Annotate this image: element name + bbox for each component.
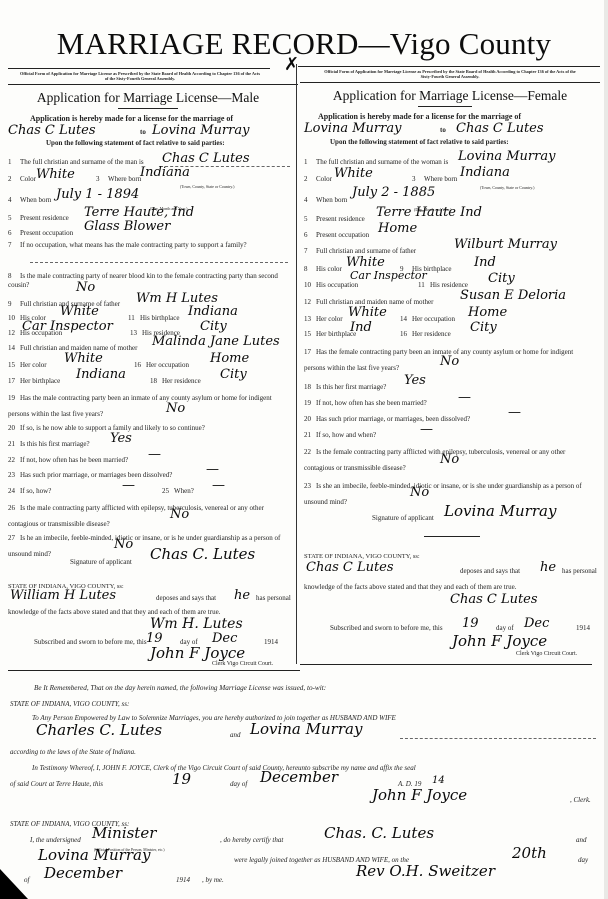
- female-section-heading: Application for Marriage License—Female: [300, 88, 600, 104]
- female-signature-label: Signature of applicant: [372, 514, 434, 523]
- male-affidavit-deponent: William H Lutes: [10, 589, 116, 603]
- male-field-value: July 1 - 1894: [56, 188, 139, 202]
- certificate-day: 20th: [512, 846, 547, 860]
- certificate-groom: Chas. C. Lutes: [324, 826, 434, 840]
- divider: [424, 536, 480, 537]
- female-field-value: No: [440, 355, 459, 369]
- scan-corner-shadow: [0, 869, 28, 899]
- marriage-record-page: MARRIAGE RECORD—Vigo County Official For…: [0, 0, 608, 899]
- male-signature-label: Signature of applicant: [70, 558, 132, 567]
- license-testimony: In Testimony Whereof, I, JOHN F. JOYCE, …: [32, 764, 416, 773]
- male-field-value: Yes: [110, 432, 132, 446]
- male-field-value: City: [200, 320, 227, 334]
- female-field-value: Yes: [404, 374, 426, 388]
- document-title: MARRIAGE RECORD—Vigo County: [0, 26, 608, 62]
- female-field-value: City: [470, 321, 497, 335]
- female-field-value: Terre Haute Ind: [376, 206, 482, 220]
- divider: [8, 670, 300, 671]
- female-field-value: Indiana: [460, 166, 510, 180]
- female-field-value: White: [348, 306, 387, 320]
- male-field-label: The full christian and surname of the ma…: [20, 158, 144, 166]
- scan-edge: [604, 0, 608, 899]
- male-field-value: Indiana: [140, 166, 190, 180]
- female-field-value: Ind: [474, 256, 496, 270]
- license-month: December: [260, 770, 338, 784]
- male-field-value: Indiana: [188, 305, 238, 319]
- male-applicant-signature: Chas C. Lutes: [150, 547, 255, 561]
- female-field-value: Wilburt Murray: [454, 238, 557, 252]
- male-field-value: Car Inspector: [22, 320, 113, 334]
- female-field-value: July 2 - 1885: [352, 186, 435, 200]
- female-field-value: Lovina Murray: [458, 150, 555, 164]
- male-field-value: White: [64, 352, 103, 366]
- female-sworn-month: Dec: [524, 617, 549, 631]
- license-groom: Charles C. Lutes: [36, 723, 162, 737]
- female-field-value: No: [410, 486, 429, 500]
- certificate-officiant-role: Minister: [92, 826, 156, 840]
- female-field-value: No: [440, 453, 459, 467]
- female-groom-name: Chas C Lutes: [456, 122, 544, 136]
- male-field-value: Home: [210, 352, 249, 366]
- female-sworn-day: 19: [462, 617, 479, 631]
- female-field-value: White: [346, 256, 385, 270]
- female-statement: Upon the following statement of fact rel…: [330, 138, 509, 147]
- official-form-note-female: Official Form of Application for Marriag…: [320, 69, 580, 79]
- divider: [300, 664, 592, 665]
- male-to-label: to: [140, 128, 146, 137]
- male-field-value: No: [76, 281, 95, 295]
- female-affidavit-deponent: Chas C Lutes: [306, 561, 394, 575]
- certificate-officiant-signature: Rev O.H. Sweitzer: [356, 864, 495, 878]
- license-clerk-signature: John F Joyce: [372, 788, 467, 802]
- column-divider: [296, 64, 297, 664]
- license-remembered: Be It Remembered, That on the day herein…: [34, 684, 326, 693]
- female-field-value: Susan E Deloria: [460, 289, 566, 303]
- divider: [118, 108, 178, 109]
- divider: [8, 68, 270, 69]
- official-form-note-male: Official Form of Application for Marriag…: [20, 71, 260, 81]
- male-field-value: White: [60, 305, 99, 319]
- male-bride-name: Lovina Murray: [152, 124, 249, 138]
- male-field-value: Malinda Jane Lutes: [152, 335, 280, 349]
- female-deponent-signature: Chas C Lutes: [450, 593, 538, 607]
- male-field-value: No: [170, 508, 189, 522]
- divider: [8, 84, 298, 85]
- female-intro: Application is hereby made for a license…: [318, 112, 521, 121]
- mark-x-icon: ✗: [284, 58, 299, 72]
- certificate-bride: Lovina Murray: [38, 848, 150, 862]
- male-deponent-signature: Wm H. Lutes: [150, 617, 243, 631]
- female-field-value: City: [488, 272, 515, 286]
- male-field-value: City: [220, 368, 247, 382]
- female-bride-name: Lovina Murray: [304, 122, 401, 136]
- male-statement: Upon the following statement of fact rel…: [46, 139, 225, 148]
- female-field-value: Ind: [350, 321, 372, 335]
- male-field-value: White: [36, 168, 75, 182]
- male-intro: Application is hereby made for a license…: [30, 114, 233, 123]
- license-state: STATE OF INDIANA, VIGO COUNTY, ss:: [10, 700, 129, 709]
- male-field-value: Terre Haute, Ind: [84, 206, 194, 220]
- male-field-value: Indiana: [76, 368, 126, 382]
- license-bride: Lovina Murray: [250, 722, 362, 736]
- female-field-value: Home: [468, 306, 507, 320]
- male-field-value: No: [166, 402, 185, 416]
- female-applicant-signature: Lovina Murray: [444, 504, 556, 518]
- divider: [418, 106, 472, 107]
- female-field-value: Home: [378, 222, 417, 236]
- male-section-heading: Application for Marriage License—Male: [0, 90, 296, 106]
- divider: [300, 82, 600, 83]
- male-field-value: Glass Blower: [84, 220, 170, 234]
- female-field-value: White: [334, 167, 373, 181]
- license-day: 19: [172, 772, 191, 786]
- male-field-value: Chas C Lutes: [162, 152, 250, 166]
- male-clerk-signature: John F Joyce: [150, 646, 245, 660]
- divider: [298, 66, 600, 67]
- certificate-month: December: [44, 866, 122, 880]
- male-groom-name: Chas C Lutes: [8, 124, 96, 138]
- female-clerk-signature: John F Joyce: [452, 634, 547, 648]
- male-field-value: No: [114, 538, 133, 552]
- female-field-value: Car Inspector: [350, 269, 427, 283]
